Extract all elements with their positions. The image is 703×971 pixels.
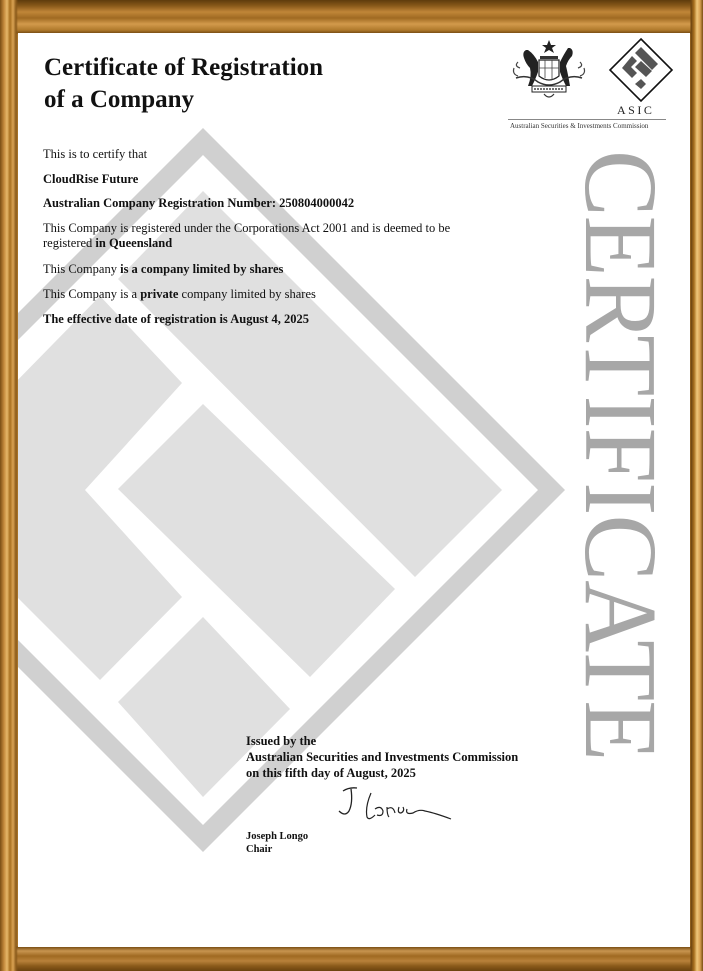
acn-label: Australian Company Registration Number:	[43, 196, 279, 210]
issued-line-3: on this fifth day of August, 2025	[246, 765, 518, 781]
title-line-2: of a Company	[44, 86, 194, 113]
asic-acronym: ASIC	[617, 103, 654, 118]
vertical-word-text: CERTIFICATE	[580, 150, 660, 760]
effective-date: The effective date of registration is Au…	[43, 312, 309, 327]
asic-full-name: Australian Securities & Investments Comm…	[510, 122, 648, 130]
private-word: private	[140, 287, 178, 301]
company-type: is a company limited by shares	[120, 262, 283, 276]
title-line-1: Certificate of Registration	[44, 54, 323, 81]
private-company-line: This Company is a private company limite…	[43, 287, 316, 302]
signatory-title: Chair	[246, 843, 308, 856]
header-divider	[508, 119, 666, 120]
issued-line-1: Issued by the	[246, 733, 518, 749]
company-type-line: This Company is a company limited by sha…	[43, 262, 283, 277]
issued-line-2: Australian Securities and Investments Co…	[246, 749, 518, 765]
registration-statement: This Company is registered under the Cor…	[43, 221, 450, 251]
private-prefix: This Company is a	[43, 287, 140, 301]
acn-value: 250804000042	[279, 196, 354, 210]
coat-of-arms-icon	[508, 38, 590, 104]
registered-state: in Queensland	[95, 236, 172, 250]
registration-suffix: registered	[43, 236, 95, 250]
asic-diamond-logo-icon	[608, 37, 674, 103]
page-title: Certificate of Registration of a Company	[44, 52, 384, 116]
registration-prefix: This Company is registered under the Cor…	[43, 221, 450, 235]
signature-icon	[335, 785, 460, 830]
private-suffix: company limited by shares	[178, 287, 315, 301]
signatory-name: Joseph Longo	[246, 830, 308, 843]
company-type-prefix: This Company	[43, 262, 120, 276]
signatory-block: Joseph Longo Chair	[246, 830, 308, 856]
company-name: CloudRise Future	[43, 172, 138, 187]
acn-line: Australian Company Registration Number: …	[43, 196, 354, 211]
vertical-certificate-word: CERTIFICATE	[580, 150, 660, 855]
issued-by-block: Issued by the Australian Securities and …	[246, 733, 518, 781]
intro-text: This is to certify that	[43, 147, 147, 162]
